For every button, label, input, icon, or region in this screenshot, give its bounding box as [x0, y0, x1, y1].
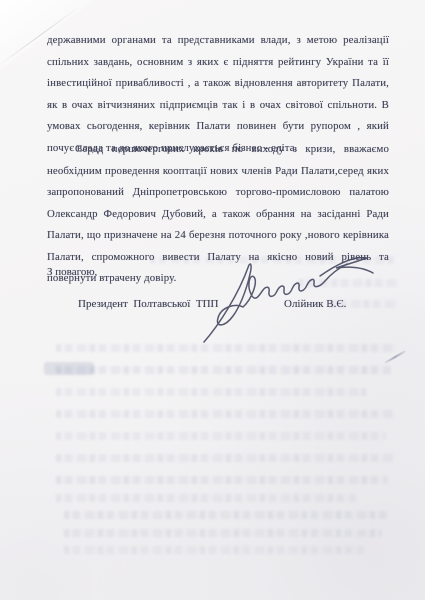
scanned-letter-page: державними органами та представниками вл…	[0, 0, 425, 600]
closing-salutation: З повагою,	[47, 266, 97, 278]
handwritten-signature	[192, 252, 387, 347]
bleedthrough-smudge	[44, 362, 94, 375]
pencil-mark	[384, 350, 406, 363]
